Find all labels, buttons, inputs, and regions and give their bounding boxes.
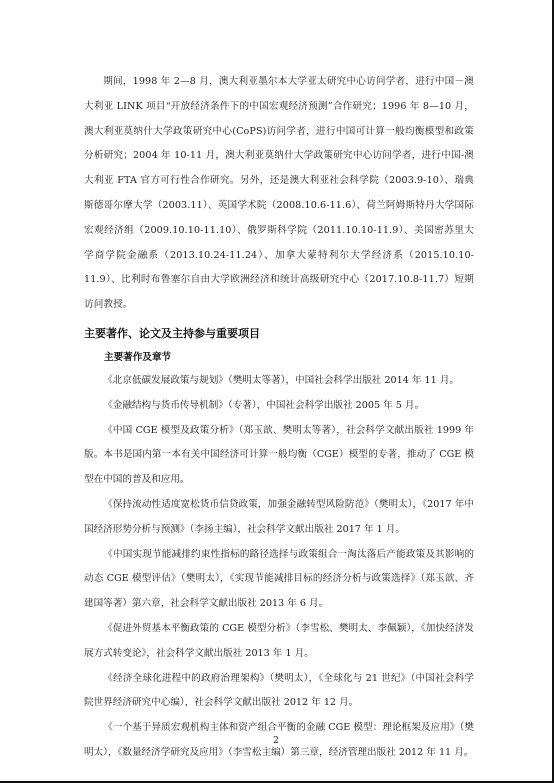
publication-item: 《保持流动性适度宽松货币信贷政策，加强金融转型风险防范》（樊明太），《2017 … — [84, 493, 474, 543]
subsection-heading: 主要著作及章节 — [104, 347, 474, 369]
intro-paragraph: 期间，1998 年 2—8 月，澳大利亚墨尔本大学亚太研究中心访问学者，进行中国… — [84, 70, 474, 318]
section-heading: 主要著作、论文及主持参与重要项目 — [84, 324, 474, 344]
document-page: 期间，1998 年 2—8 月，澳大利亚墨尔本大学亚太研究中心访问学者，进行中国… — [0, 0, 554, 783]
page-content: 期间，1998 年 2—8 月，澳大利亚墨尔本大学亚太研究中心访问学者，进行中国… — [84, 70, 474, 766]
publication-item: 《金融结构与货币传导机制》（专著），中国社会科学出版社 2005 年 5 月。 — [84, 394, 474, 419]
publication-item: 《中国实现节能减排约束性指标的路径选择与政策组合一淘汰落后产能政策及其影响的动态… — [84, 543, 474, 617]
publication-item: 《中国 CGE 模型及政策分析》（郑玉歆、樊明太等著），社会科学文献出版社 19… — [84, 419, 474, 493]
publication-item: 《北京低碳发展政策与规划》（樊明太等著），中国社会科学出版社 2014 年 11… — [84, 369, 474, 394]
page-number: 2 — [0, 736, 552, 746]
publication-item: 《经济全球化进程中的政府治理架构》（樊明太），《全球化与 21 世纪》（中国社会… — [84, 667, 474, 717]
publication-item: 《促进外贸基本平衡政策的 CGE 模型分析》（李雪松、樊明太、李佩颖），《加快经… — [84, 617, 474, 667]
